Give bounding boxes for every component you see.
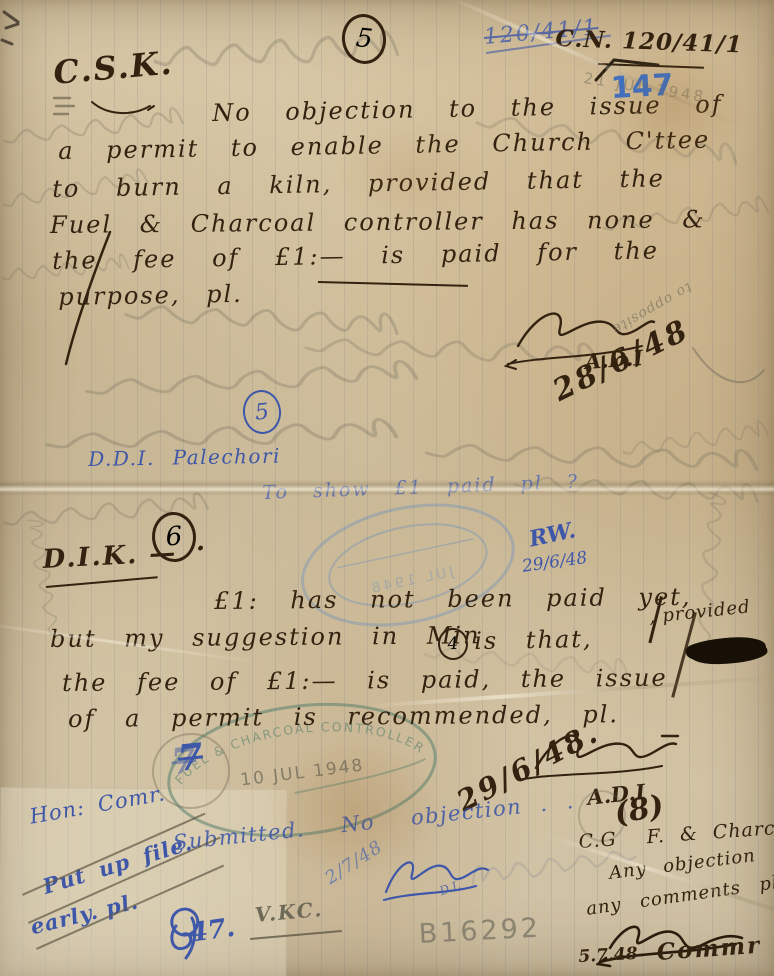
min-ref: 4: [447, 634, 460, 655]
minute6-line-2b: is that,: [474, 626, 593, 654]
commr-label: Commr: [656, 933, 762, 966]
redacted-word-blob: [685, 633, 767, 667]
signature-blue: [378, 852, 493, 907]
clerk-date: 29/6/48: [521, 549, 589, 577]
monogram-date: 47.: [188, 914, 237, 949]
referral-note: D.D.I. Palechori: [88, 445, 281, 470]
minute5-line-1: No objection to the issue of: [212, 91, 723, 126]
minute6-addressee: D.I.K. —: [42, 539, 178, 575]
vkc-date: 2/7/48: [322, 837, 386, 888]
minute6-line-1: £1: has not been paid yet,: [214, 584, 692, 615]
minute5-addressee: C.S.K.: [52, 46, 175, 92]
minute5-line-2: a permit to enable the Church C'ttee: [58, 127, 710, 165]
minute5-line-4: Fuel & Charcoal controller has none &: [50, 206, 706, 238]
commr-date: 5.7.48: [578, 945, 638, 967]
vkc-underline: [250, 930, 342, 940]
minute6-circle-period: .: [196, 528, 205, 557]
clerk-initials: RW.: [527, 518, 578, 551]
ghost-writing: [618, 415, 772, 474]
signature-sub-initials: D.I.: [438, 879, 463, 899]
addressee-underline: [46, 576, 158, 588]
scanned-minute-sheet: 21 JUL 1948 JUL 1948 FUEL & CHARCOAL CON…: [0, 0, 774, 976]
file-reference: C.N. 120/41/1: [555, 26, 743, 58]
minute5-line-6: purpose, pl.: [58, 281, 243, 311]
pencil-swoosh: [688, 340, 768, 395]
edge-marks-top-left: [0, 4, 50, 48]
reference-number: B16292: [418, 914, 542, 950]
blue-number-seven: 7: [176, 737, 205, 779]
minute-number-circle: 5: [339, 11, 390, 67]
minute-number: 5: [354, 23, 374, 55]
minute5-line-5: the fee of £1:— is paid for the: [52, 237, 659, 274]
vkc-initials: V.KC.: [254, 898, 324, 926]
addressee-flourish: [88, 96, 158, 120]
minute6-line-2a: but my suggestion in Min: [50, 622, 481, 652]
fee-underline: [318, 281, 468, 287]
minute5-line-3: to burn a kiln, provided that the: [52, 165, 665, 202]
edge-marks-left: [52, 92, 98, 118]
minute6-line-4: of a permit is recommended, pl.: [68, 701, 619, 732]
blue-minute-marker: 5: [254, 399, 271, 425]
green-stamp-date: 10 JUL 1948: [239, 755, 365, 790]
minute6-line-3: the fee of £1:— is paid, the issue: [62, 665, 668, 697]
query-note: To show £1 paid pl ?: [262, 472, 579, 504]
ghost-writing: [678, 490, 733, 663]
ghost-writing: [12, 516, 68, 640]
hon-comr-note: Hon: Comr.: [28, 782, 167, 829]
blue-minute-marker-circle: 5: [241, 388, 283, 436]
